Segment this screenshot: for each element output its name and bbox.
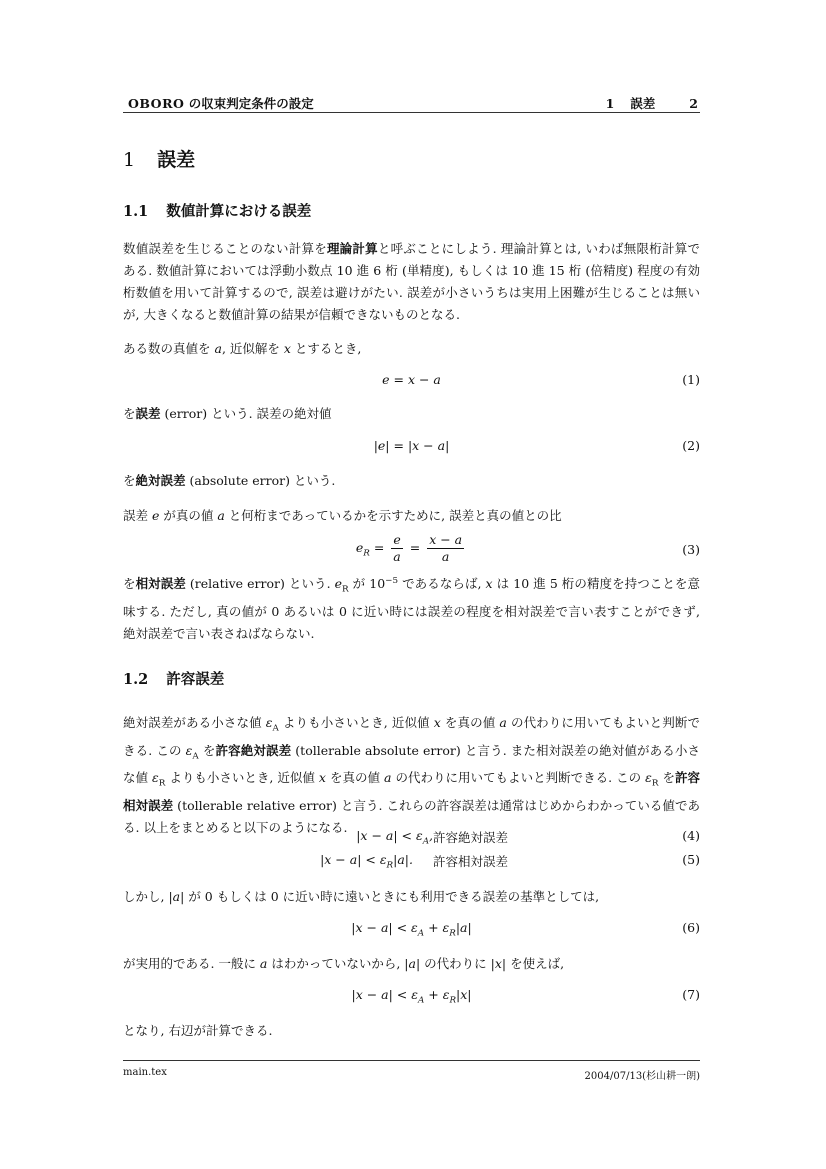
header-title-latin: OBORO <box>128 96 184 111</box>
subsection-heading-1-1: 1.1数値計算における誤差 <box>123 200 311 221</box>
text: であるならば, <box>398 576 485 591</box>
equation-body: e = x − a <box>123 372 700 387</box>
equation-body: |x − a| < εA, <box>313 828 433 847</box>
equation-number: (7) <box>682 987 700 1002</box>
text: の代わりに用いてもよいと判断できる. この <box>391 770 645 785</box>
bold-term: 相対誤差 <box>136 576 186 591</box>
math-var: x <box>486 576 493 591</box>
numerator: x − a <box>427 532 464 549</box>
math-subscript: R <box>449 929 456 939</box>
denominator: a <box>391 549 402 565</box>
text: とするとき, <box>291 341 361 356</box>
text: , 近似解を <box>222 341 284 356</box>
header-section-number: 1 <box>606 96 615 111</box>
math-expr: |a| <box>168 889 184 904</box>
header-section-name: 誤差 <box>630 96 655 111</box>
equation-2: |e| = |x − a|(2) <box>123 438 700 460</box>
page-footer: main.tex 2004/07/13(杉山耕一朗) <box>123 1060 700 1066</box>
bold-term: 誤差 <box>136 406 161 421</box>
page-number: 2 <box>689 96 698 111</box>
paragraph-theoretical-computation: 数値誤差を生じることのない計算を理論計算と呼ぶことにしよう. 理論計算とは, い… <box>123 238 700 326</box>
math-expr: |a|. <box>393 852 413 867</box>
equation-number: (4) <box>682 828 700 843</box>
math-expr: |x − a| < ε <box>356 828 422 843</box>
paragraph-absolute-error: を絶対誤差 (absolute error) という. <box>123 470 700 492</box>
equation-number: (3) <box>682 542 700 557</box>
text: を使えば, <box>506 956 564 971</box>
equation-number: (1) <box>682 372 700 387</box>
equation-4: |x − a| < εA, 許容絶対誤差 (4) <box>123 828 700 850</box>
math-expr: |x − a| < ε <box>320 852 386 867</box>
text: はわかっていないから, <box>267 956 404 971</box>
equation-number: (6) <box>682 920 700 935</box>
equation-6: |x − a| < εA + εR|a|(6) <box>123 920 700 942</box>
numerator: e <box>391 532 402 549</box>
fraction: ea <box>391 532 402 565</box>
running-header: OBORO の収束判定条件の設定 1誤差2 <box>123 92 700 113</box>
math-expr: |a| <box>404 956 420 971</box>
text: が実用的である. 一般に <box>123 956 260 971</box>
text: よりも小さいとき, 近似値 <box>279 715 434 730</box>
subsection-number: 1.2 <box>123 671 148 688</box>
math-var: a <box>499 715 506 730</box>
math-var: a <box>214 341 221 356</box>
denominator: a <box>427 549 464 565</box>
math-var: a <box>217 508 224 523</box>
math-subscript: R <box>342 585 349 595</box>
footer-date-author: 2004/07/13(杉山耕一朗) <box>585 1067 700 1082</box>
section-number: 1 <box>123 149 135 171</box>
equation-3: eR = ea = x − aa (3) <box>123 532 700 570</box>
text: 数値誤差を生じることのない計算を <box>123 241 327 256</box>
text: 誤差 <box>123 508 152 523</box>
paragraph-true-value: ある数の真値を a, 近似解を x とするとき, <box>123 338 700 360</box>
equation-1: e = x − a(1) <box>123 372 700 394</box>
math-var: ε <box>645 770 652 785</box>
paragraph-tolerable-error: 絶対誤差がある小さな値 εA よりも小さいとき, 近似値 x を真の値 a の代… <box>123 712 700 839</box>
math-var: x <box>319 770 326 785</box>
equation-body: |e| = |x − a| <box>123 438 700 453</box>
math-expr: |x − a| < ε <box>351 920 417 935</box>
math-expr: |x − a| < ε <box>351 987 417 1002</box>
bold-term: 絶対誤差 <box>136 473 186 488</box>
equation-label: 許容相対誤差 <box>433 852 508 870</box>
paragraph-relative-error: を相対誤差 (relative error) という. eR が 10−5 であ… <box>123 570 700 645</box>
text: よりも小さいとき, 近似値 <box>165 770 319 785</box>
text: が真の値 <box>159 508 217 523</box>
text: を <box>123 406 136 421</box>
footer-filename: main.tex <box>123 1067 167 1078</box>
text: を <box>199 743 216 758</box>
header-title-rest: の収束判定条件の設定 <box>184 96 313 111</box>
text: となり, 右辺が計算できる. <box>123 1023 272 1038</box>
section-title: 誤差 <box>157 149 195 171</box>
text: を <box>658 770 675 785</box>
math-expr: + ε <box>424 987 449 1002</box>
text: 絶対誤差がある小さな値 <box>123 715 266 730</box>
text: と何桁まであっているかを示すために, 誤差と真の値との比 <box>225 508 562 523</box>
equation-body: |x − a| < εR|a|. <box>293 852 413 871</box>
math-var: ε <box>266 715 273 730</box>
equation-body: |x − a| < εA + εR|a| <box>123 920 700 939</box>
math-expr: |x| <box>456 987 471 1002</box>
text: (error) という. 誤差の絶対値 <box>161 406 332 421</box>
text: が 0 もしくは 0 に近い時に遠いときにも利用できる誤差の基準としては, <box>184 889 599 904</box>
paragraph-conclusion: となり, 右辺が計算できる. <box>123 1020 700 1042</box>
text: を <box>123 473 136 488</box>
math-var: x <box>434 715 441 730</box>
equation-7: |x − a| < εA + εR|x|(7) <box>123 987 700 1009</box>
math-expr: |x| <box>491 956 506 971</box>
equation-body: |x − a| < εA + εR|x| <box>123 987 700 1006</box>
subsection-title: 許容誤差 <box>166 672 224 688</box>
math-expr: |a| <box>456 920 472 935</box>
subsection-number: 1.1 <box>123 203 148 220</box>
text: を <box>123 576 136 591</box>
equation-label: 許容絶対誤差 <box>433 828 508 846</box>
paragraph-practical: が実用的である. 一般に a はわかっていないから, |a| の代わりに |x|… <box>123 953 700 975</box>
equation-number: (5) <box>682 852 700 867</box>
math-var: e <box>335 576 342 591</box>
header-section-info: 1誤差2 <box>590 94 698 112</box>
subsection-heading-1-2: 1.2許容誤差 <box>123 668 224 689</box>
equation-number: (2) <box>682 438 700 453</box>
bold-term: 許容絶対誤差 <box>215 743 291 758</box>
exponent: −5 <box>385 576 398 586</box>
text: を真の値 <box>441 715 500 730</box>
math-subscript: R <box>363 549 370 559</box>
text: が 10 <box>349 576 386 591</box>
subsection-title: 数値計算における誤差 <box>166 204 311 220</box>
text: しかし, <box>123 889 168 904</box>
equation-body: eR = ea = x − aa <box>123 532 700 565</box>
section-heading-1: 1誤差 <box>123 145 195 172</box>
fraction: x − aa <box>427 532 464 565</box>
text: ある数の真値を <box>123 341 214 356</box>
header-document-title: OBORO の収束判定条件の設定 <box>128 94 314 112</box>
math-expr: + ε <box>424 920 449 935</box>
text: の代わりに <box>420 956 490 971</box>
text: (absolute error) という. <box>186 473 336 488</box>
text: を真の値 <box>326 770 384 785</box>
paragraph-ratio: 誤差 e が真の値 a と何桁まであっているかを示すために, 誤差と真の値との比 <box>123 505 700 527</box>
equation-5: |x − a| < εR|a|. 許容相対誤差 (5) <box>123 852 700 874</box>
bold-term: 理論計算 <box>327 241 378 256</box>
math-var: x <box>284 341 291 356</box>
text: (relative error) という. <box>186 576 335 591</box>
paragraph-error-def: を誤差 (error) という. 誤差の絶対値 <box>123 403 700 425</box>
math-var: ε <box>152 770 159 785</box>
paragraph-criterion: しかし, |a| が 0 もしくは 0 に近い時に遠いときにも利用できる誤差の基… <box>123 886 700 908</box>
